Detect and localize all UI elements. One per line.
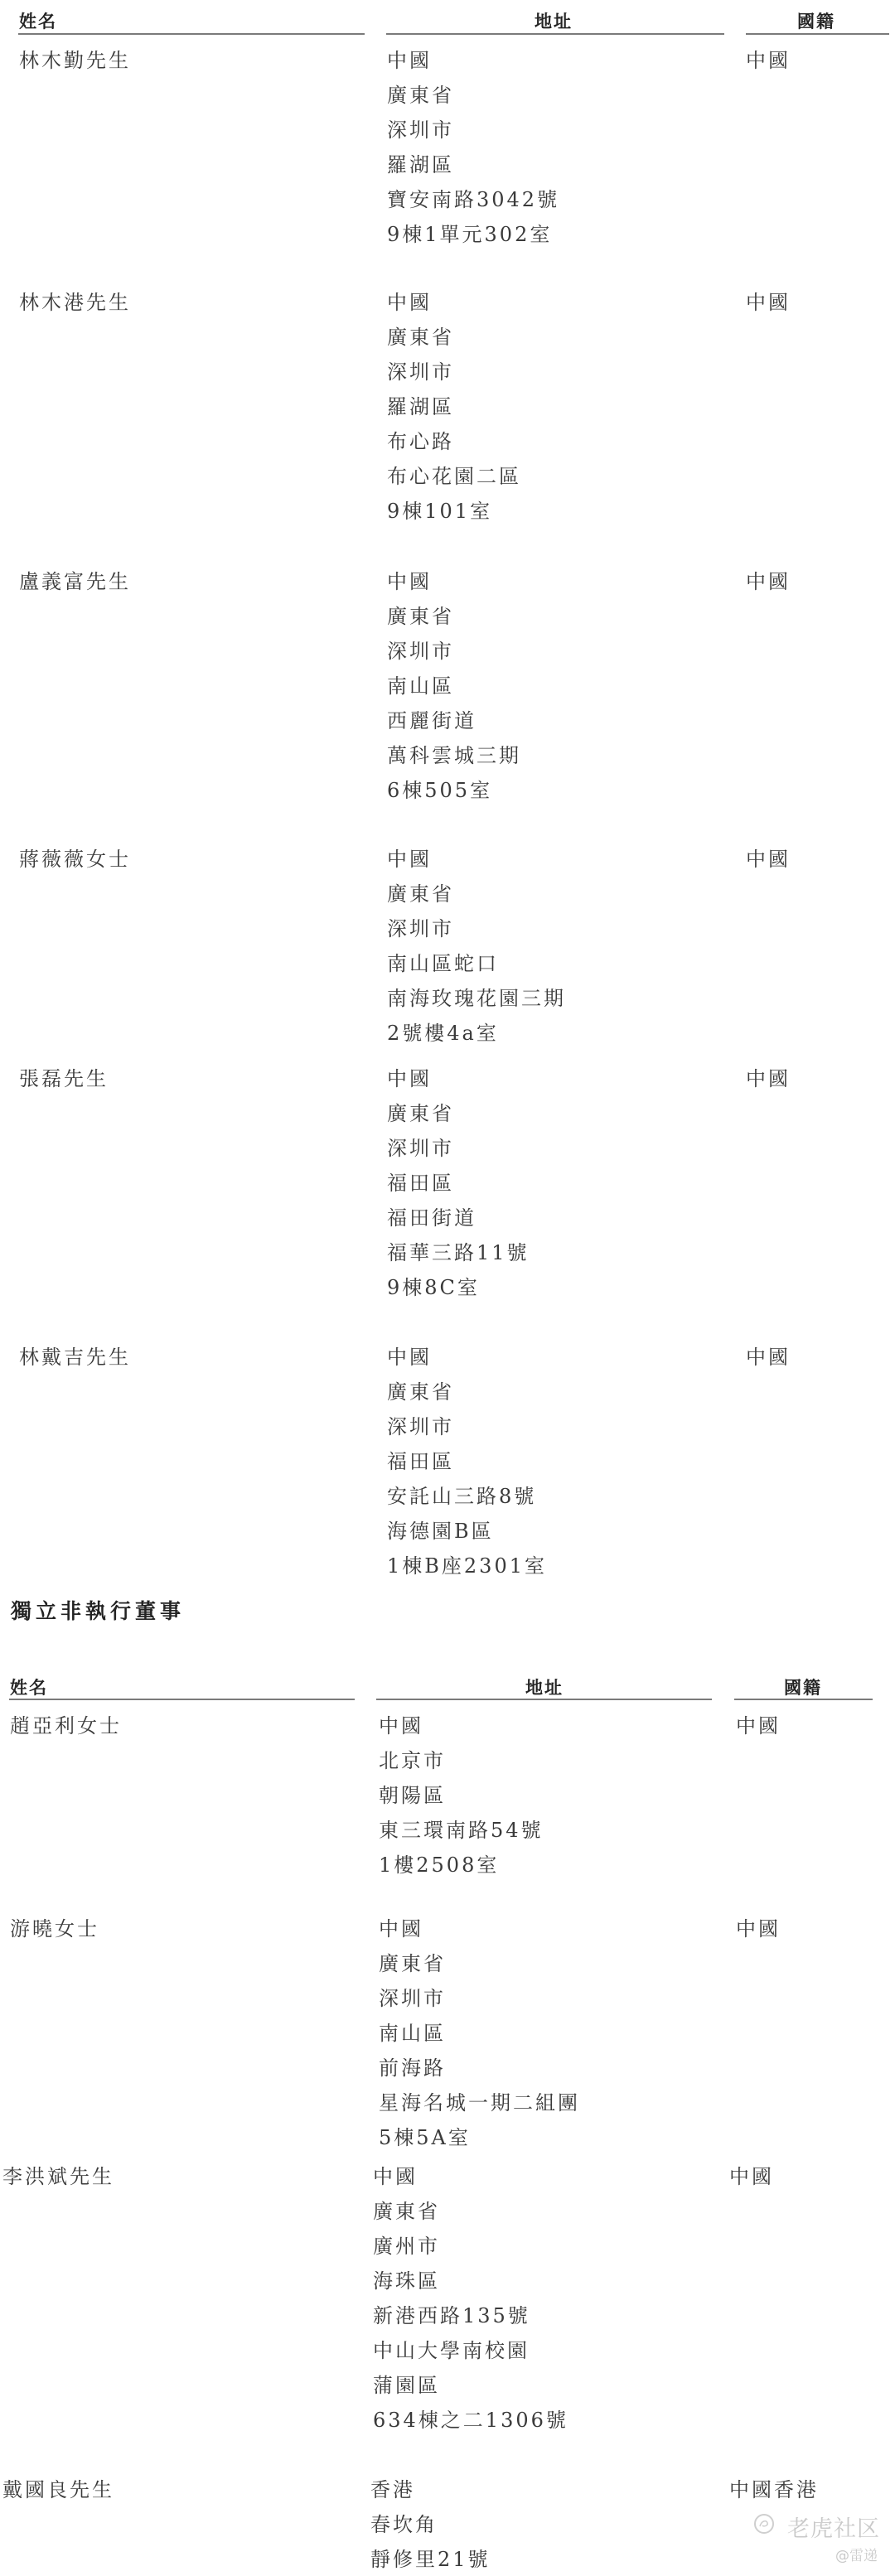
address-line: 中山大學南校園 <box>373 2333 568 2368</box>
director-name: 張磊先生 <box>19 1061 109 1096</box>
director-nationality: 中國 <box>746 1340 791 1375</box>
address-line: 深圳市 <box>387 634 521 669</box>
director-address: 中國 廣東省 深圳市 福田區 安託山三路8號 海德園B區 1棟B座2301室 <box>387 1340 547 1583</box>
address-line: 星海名城一期二組團 <box>379 2085 580 2120</box>
director-nationality: 中國 <box>729 2159 774 2194</box>
address-line: 春坎角 <box>370 2507 491 2542</box>
header-rule-nationality <box>734 1699 873 1700</box>
address-line: 中國 <box>387 842 566 877</box>
director-address: 中國 廣東省 深圳市 南山區蛇口 南海玫瑰花園三期 2號樓4a室 <box>387 842 566 1051</box>
address-line: 朝陽區 <box>379 1778 544 1813</box>
director-nationality: 中國 <box>736 1708 781 1743</box>
director-address: 中國 廣東省 深圳市 南山區 前海路 星海名城一期二組團 5棟5A室 <box>379 1911 580 2155</box>
address-line: 廣東省 <box>387 599 521 634</box>
director-name: 林戴吉先生 <box>19 1340 131 1375</box>
address-line: 中國 <box>387 285 521 320</box>
address-line: 羅湖區 <box>387 389 521 424</box>
address-line: 9棟101室 <box>387 494 521 529</box>
director-nationality: 中國 <box>746 43 791 78</box>
address-line: 中國 <box>387 564 521 599</box>
address-line: 9棟1單元302室 <box>387 217 559 252</box>
address-line: 前海路 <box>379 2051 580 2085</box>
address-line: 中國 <box>387 1340 547 1375</box>
address-line: 5棟5A室 <box>379 2120 580 2155</box>
address-line: 廣東省 <box>387 1375 547 1409</box>
address-line: 香港 <box>370 2472 491 2507</box>
column-header-name: 姓名 <box>10 1678 48 1698</box>
director-name: 盧義富先生 <box>19 564 131 599</box>
address-line: 中國 <box>373 2159 568 2194</box>
address-line: 廣東省 <box>373 2194 568 2229</box>
column-header-name: 姓名 <box>19 12 57 31</box>
director-nationality: 中國 <box>746 842 791 877</box>
director-nationality: 中國 <box>736 1911 781 1946</box>
address-line: 南山區 <box>387 669 521 703</box>
address-line: 深圳市 <box>387 911 566 946</box>
address-line: 布心花園二區 <box>387 459 521 494</box>
header-rule-name <box>18 33 365 35</box>
director-address: 中國 北京市 朝陽區 東三環南路54號 1樓2508室 <box>379 1708 544 1882</box>
address-line: 深圳市 <box>387 113 559 147</box>
director-name: 游曉女士 <box>10 1911 99 1946</box>
director-nationality: 中國香港 <box>729 2472 819 2507</box>
director-nationality: 中國 <box>746 285 791 320</box>
address-line: 2號樓4a室 <box>387 1016 566 1051</box>
address-line: 中國 <box>387 1061 530 1096</box>
director-name: 李洪斌先生 <box>2 2159 114 2194</box>
director-address: 中國 廣東省 深圳市 南山區 西麗街道 萬科雲城三期 6棟505室 <box>387 564 521 808</box>
column-header-nationality: 國籍 <box>797 12 835 31</box>
address-line: 福田街道 <box>387 1201 530 1235</box>
address-line: 萬科雲城三期 <box>387 738 521 773</box>
address-line: 福田區 <box>387 1444 547 1479</box>
address-line: 布心路 <box>387 424 521 459</box>
header-rule-nationality <box>746 33 889 35</box>
address-line: 廣東省 <box>387 320 521 355</box>
watermark-author: @雷递 <box>835 2544 878 2564</box>
address-line: 中國 <box>379 1911 580 1946</box>
address-line: 9棟8C室 <box>387 1270 530 1305</box>
director-address: 中國 廣東省 深圳市 羅湖區 布心路 布心花園二區 9棟101室 <box>387 285 521 529</box>
address-line: 靜修里21號 <box>370 2542 491 2576</box>
header-rule-address <box>386 33 724 35</box>
address-line: 廣州市 <box>373 2229 568 2264</box>
director-address: 香港 春坎角 靜修里21號 <box>370 2472 491 2576</box>
address-line: 廣東省 <box>379 1946 580 1981</box>
header-rule-address <box>376 1699 712 1700</box>
address-line: 安託山三路8號 <box>387 1479 547 1514</box>
address-line: 1樓2508室 <box>379 1848 544 1882</box>
address-line: 6棟505室 <box>387 773 521 808</box>
address-line: 新港西路135號 <box>373 2298 568 2333</box>
director-nationality: 中國 <box>746 1061 791 1096</box>
director-nationality: 中國 <box>746 564 791 599</box>
address-line: 寶安南路3042號 <box>387 182 559 217</box>
address-line: 海德園B區 <box>387 1514 547 1549</box>
address-line: 海珠區 <box>373 2264 568 2298</box>
address-line: 南山區 <box>379 2016 580 2051</box>
address-line: 中國 <box>379 1708 544 1743</box>
address-line: 南山區蛇口 <box>387 946 566 981</box>
director-address: 中國 廣東省 廣州市 海珠區 新港西路135號 中山大學南校園 蒲園區 634棟… <box>373 2159 568 2438</box>
address-line: 羅湖區 <box>387 147 559 182</box>
address-line: 福華三路11號 <box>387 1235 530 1270</box>
address-line: 深圳市 <box>379 1981 580 2016</box>
column-header-address: 地址 <box>525 1678 564 1698</box>
address-line: 中國 <box>387 43 559 78</box>
director-name: 趙亞利女士 <box>10 1708 122 1743</box>
director-name: 戴國良先生 <box>2 2472 114 2507</box>
address-line: 廣東省 <box>387 1096 530 1131</box>
address-line: 南海玫瑰花園三期 <box>387 981 566 1016</box>
address-line: 西麗街道 <box>387 703 521 738</box>
director-name: 林木港先生 <box>19 285 131 320</box>
address-line: 深圳市 <box>387 1409 547 1444</box>
address-line: 北京市 <box>379 1743 544 1778</box>
address-line: 634棟之二1306號 <box>373 2403 568 2438</box>
address-line: 東三環南路54號 <box>379 1813 544 1848</box>
director-address: 中國 廣東省 深圳市 羅湖區 寶安南路3042號 9棟1單元302室 <box>387 43 559 252</box>
address-line: 廣東省 <box>387 78 559 113</box>
address-line: 蒲園區 <box>373 2368 568 2403</box>
tiger-logo-icon <box>754 2514 774 2534</box>
director-address: 中國 廣東省 深圳市 福田區 福田街道 福華三路11號 9棟8C室 <box>387 1061 530 1305</box>
header-rule-name <box>9 1699 355 1700</box>
address-line: 深圳市 <box>387 1131 530 1166</box>
address-line: 深圳市 <box>387 355 521 389</box>
address-line: 福田區 <box>387 1166 530 1201</box>
address-line: 1棟B座2301室 <box>387 1549 547 1583</box>
address-line: 廣東省 <box>387 877 566 911</box>
section-title-independent-non-executive-directors: 獨立非執行董事 <box>11 1599 185 1624</box>
watermark-brand: 老虎社区 <box>787 2511 880 2543</box>
column-header-nationality: 國籍 <box>784 1678 822 1698</box>
director-name: 林木勤先生 <box>19 43 131 78</box>
column-header-address: 地址 <box>535 12 573 31</box>
director-name: 蔣薇薇女士 <box>19 842 131 877</box>
